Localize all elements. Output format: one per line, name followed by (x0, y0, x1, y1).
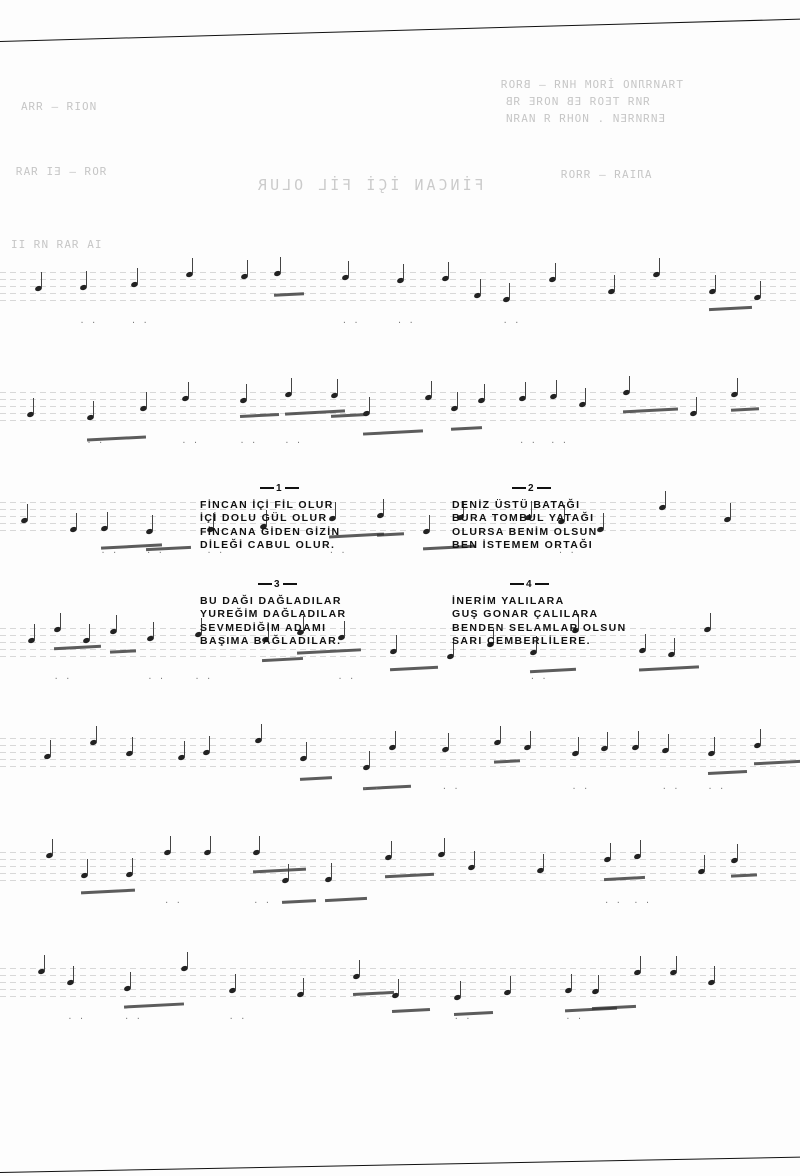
music-staff: · ·· ·· ·· ·· · (0, 968, 800, 1002)
stanza-number: 2 (452, 482, 598, 496)
scan-border-bottom (0, 1157, 800, 1173)
stanza-number: 1 (200, 482, 341, 496)
bleed-through-text: ТЯАИЯЛИО İЯОМ НИЯ — ВЯОЯ (500, 78, 683, 91)
lyric-line: DİLEĞİ CABUL OLUR. (200, 539, 341, 553)
bleed-through-title: FİNCAN İÇİ FİL OLUR (255, 176, 484, 194)
stanza-4: 4 İNERİM YALILARA GUŞ GONAR ÇALILARA BEN… (452, 578, 627, 649)
bleed-through-text: ЯИЯ ТЕОЯ ЕВ ИОЯЕ ЯВ (505, 95, 650, 108)
lyric-line: YUREĞİM DAĞLADILAR (200, 608, 347, 622)
bleed-through-text: ИОІЯ — ЯЯА (20, 100, 96, 113)
music-staff: · ·· ·· ·· ·· · (0, 738, 800, 772)
lyric-line: FİNCANA GİDEN GİZİN (200, 526, 341, 540)
stanza-1: 1 FİNCAN İÇİ FİL OLUR İÇİ DOLU GÜL OLUR … (200, 482, 341, 553)
stanza-3: 3 BU DAĞI DAĞLADILAR YUREĞİM DAĞLADILAR … (200, 578, 347, 649)
lyric-line: SEVMEDİĞİM ADAMI (200, 622, 347, 636)
lyric-line: BURA TOMBUL YATAĞI (452, 512, 598, 526)
lyric-line: OLURSA BENİM OLSUN (452, 526, 598, 540)
music-staff: · ·· ·· ·· · (0, 852, 800, 886)
stanza-2: 2 DENİZ ÜSTÜ BATAĞI BURA TOMBUL YATAĞI O… (452, 482, 598, 553)
bleed-through-text: ЕИЯИЯЕИ . ИОНЯ Я ИАЯИ (505, 112, 665, 125)
music-staff: · ·· ·· ·· ·· · (0, 502, 800, 536)
lyric-line: FİNCAN İÇİ FİL OLUR (200, 499, 341, 513)
bleed-through-text: ІА ЯАЯ ИЯ ІІ (10, 238, 101, 251)
lyric-line: DENİZ ÜSTÜ BATAĞI (452, 499, 598, 513)
lyric-line: SARI ÇEMBERLİLERE. (452, 635, 627, 649)
music-staff: · ·· ·· ·· ·· · (0, 272, 800, 306)
lyric-line: GUŞ GONAR ÇALILARA (452, 608, 627, 622)
sheet-music-page: ТЯАИЯЛИО İЯОМ НИЯ — ВЯОЯ ЯИЯ ТЕОЯ ЕВ ИОЯ… (0, 0, 800, 1176)
stanza-number: 3 (200, 578, 347, 592)
music-staff: · ·· ·· ·· ·· · (0, 628, 800, 662)
lyric-line: İÇİ DOLU GÜL OLUR (200, 512, 341, 526)
bleed-through-text: ЯОЯ — ЕІ ЯАЯ (15, 165, 106, 178)
lyric-line: BENDEN SELAMLAR OLSUN (452, 622, 627, 636)
lyric-line: BU DAĞI DAĞLADILAR (200, 595, 347, 609)
stanza-number: 4 (452, 578, 627, 592)
bleed-through-text: АЛІАЯ — ЯЯОЯ (560, 168, 651, 181)
lyric-line: BEN İSTEMEM ORTAĞI (452, 539, 598, 553)
scan-border-top (0, 19, 800, 42)
lyric-line: İNERİM YALILARA (452, 595, 627, 609)
music-staff: · ·· ·· ·· ·· ·· · (0, 392, 800, 426)
lyric-line: BAŞIMA BAĞLADILAR. (200, 635, 347, 649)
